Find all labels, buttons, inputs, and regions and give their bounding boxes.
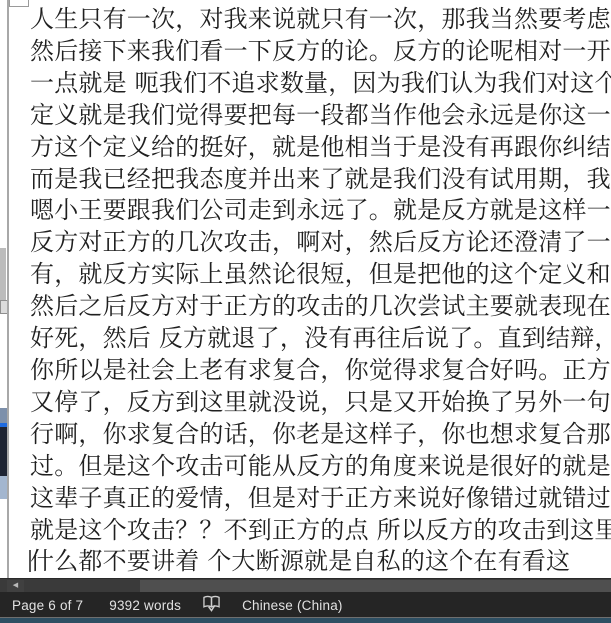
document-line: 好死，然后 反方就退了，没有再往后说了。直到结辩， bbox=[30, 323, 611, 355]
word-window: 人生只有一次，对我来说就只有一次，那我当然要考虑 然后接下来我们看一下反方的论。… bbox=[0, 0, 611, 623]
document-line: 反方对正方的几次攻击，啊对，然后反方论还澄清了一 bbox=[30, 227, 611, 259]
document-line: 你所以是社会上老有求复合，你觉得求复合好吗。正方 bbox=[30, 355, 611, 387]
document-line: 然后接下来我们看一下反方的论。反方的论呢相对一开 bbox=[30, 36, 611, 68]
document-line: 就是这个攻击？？不到正方的点 所以反方的攻击到这里 bbox=[30, 515, 611, 547]
horizontal-scrollbar[interactable]: ◀ bbox=[0, 578, 611, 592]
document-line: 而是我已经把我态度并出来了就是我们没有试用期，我 bbox=[30, 164, 611, 196]
document-line: 一点就是 呃我们不追求数量，因为我们认为我们对这个 bbox=[30, 68, 611, 100]
proofing-status-button[interactable] bbox=[200, 595, 223, 615]
text-cursor bbox=[29, 550, 31, 572]
document-line: 有，就反方实际上虽然论很短，但是把他的这个定义和 bbox=[30, 259, 611, 291]
document-line: 又停了，反方到这里就没说，只是又开始换了另外一句 bbox=[30, 387, 611, 419]
status-bar: Page 6 of 7 9392 words Chinese (China) bbox=[0, 592, 611, 618]
word-count[interactable]: 9392 words bbox=[107, 598, 183, 613]
document-line: 方这个定义给的挺好，就是他相当于是没有再跟你纠结 bbox=[30, 132, 611, 164]
document-line: 然后之后反方对于正方的攻击的几次尝试主要就表现在 bbox=[30, 291, 611, 323]
taskbar-edge-strip bbox=[0, 618, 611, 623]
open-book-check-icon bbox=[202, 595, 221, 615]
document-text-area[interactable]: 人生只有一次，对我来说就只有一次，那我当然要考虑 然后接下来我们看一下反方的论。… bbox=[9, 0, 611, 578]
document-line: 嗯小王要跟我们公司走到永远了。就是反方就是这样一 bbox=[30, 195, 611, 227]
document-line: 定义就是我们觉得要把每一段都当作他会永远是你这一 bbox=[30, 100, 611, 132]
background-window-fragment bbox=[0, 476, 7, 499]
document-line: 什么都不要讲着 个大断源就是自私的这个在有看这 bbox=[30, 546, 611, 578]
document-line: 行啊，你求复合的话，你老是这样子，你也想求复合那 bbox=[30, 419, 611, 451]
scrollbar-thumb[interactable] bbox=[140, 580, 611, 592]
document-line: 这辈子真正的爱情，但是对于正方来说好像错过就错过 bbox=[30, 483, 611, 515]
document-line: 过。但是这个攻击可能从反方的角度来说是很好的就是 bbox=[30, 451, 611, 483]
language-status[interactable]: Chinese (China) bbox=[240, 598, 345, 613]
scroll-left-arrow-icon: ◀ bbox=[13, 582, 18, 589]
scroll-left-button[interactable]: ◀ bbox=[7, 580, 24, 592]
document-line: 人生只有一次，对我来说就只有一次，那我当然要考虑 bbox=[30, 4, 611, 36]
background-window-fragment bbox=[0, 408, 7, 423]
background-window-fragment bbox=[0, 427, 7, 476]
page-indicator[interactable]: Page 6 of 7 bbox=[10, 598, 85, 613]
background-window-fragment bbox=[0, 248, 6, 304]
